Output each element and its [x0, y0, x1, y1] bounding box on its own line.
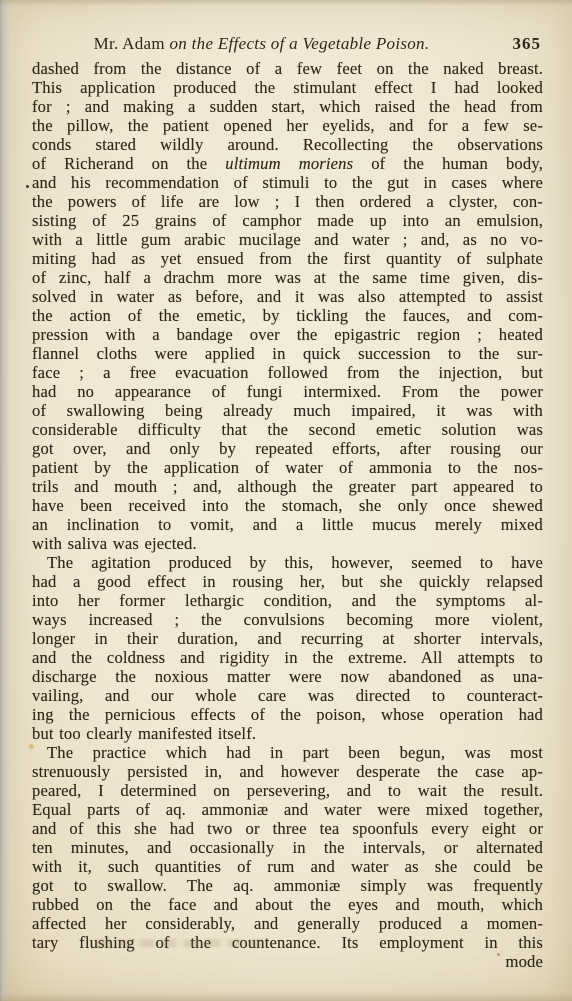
text-segment: have been received into the stomach, she… [32, 496, 543, 515]
italic-phrase: ultimum moriens [225, 154, 353, 173]
text-segment: an inclination to vomit, and a little mu… [32, 515, 543, 534]
text-line: with it, such quantities of rum and wate… [32, 857, 543, 876]
text-line: but too clearly manifested itself. [32, 724, 543, 743]
ink-showthrough [96, 939, 266, 947]
running-title-work: on the Effects of a Vegetable Poison. [170, 34, 430, 53]
text-segment: with saliva was ejected. [32, 534, 197, 553]
text-segment: flannel cloths were applied in quick suc… [32, 344, 543, 363]
text-line: strenuously persisted in, and however de… [32, 762, 543, 781]
paragraph: The agitation produced by this, however,… [32, 553, 543, 743]
text-line: This application produced the stimulant … [32, 78, 543, 97]
text-segment: ing the pernicious effects of the poison… [32, 705, 543, 724]
text-segment: dashed from the distance of a few feet o… [32, 59, 543, 78]
text-segment: of zinc, half a drachm more was at the s… [32, 268, 543, 287]
text-segment: into her former lethargic condition, and… [32, 591, 543, 610]
text-line: affected her considerably, and generally… [32, 914, 543, 933]
text-line: discharge the noxious matter were now ab… [32, 667, 543, 686]
text-segment: discharge the noxious matter were now ab… [32, 667, 543, 686]
text-line: conds stared wildly around. Recollecting… [32, 135, 543, 154]
text-segment: got to swallow. The aq. ammoniæ simply w… [32, 876, 543, 895]
catchword: mode [32, 952, 543, 971]
paragraph: dashed from the distance of a few feet o… [32, 59, 543, 553]
text-line: and the coldness and rigidity in the ext… [32, 648, 543, 667]
text-line: an inclination to vomit, and a little mu… [32, 515, 543, 534]
text-segment: longer in their duration, and recurring … [32, 629, 543, 648]
text-line: and his recommendation of stimuli to the… [32, 173, 543, 192]
text-segment: peared, I determined on persevering, and… [32, 781, 543, 800]
text-line: with a little gum arabic mucilage and wa… [32, 230, 543, 249]
text-segment: had no appearance of fungi intermixed. F… [32, 382, 543, 401]
text-segment: ways increased ; the convulsions becomin… [32, 610, 543, 629]
text-segment: The agitation produced by this, however,… [47, 553, 543, 572]
text-line: with saliva was ejected. [32, 534, 543, 553]
paper-stain [29, 744, 34, 749]
text-line: into her former lethargic condition, and… [32, 591, 543, 610]
text-segment: the pillow, the patient opened her eyeli… [32, 116, 543, 135]
text-line: Equal parts of aq. ammoniæ and water wer… [32, 800, 543, 819]
text-line: vailing, and our whole care was directed… [32, 686, 543, 705]
text-line: flannel cloths were applied in quick suc… [32, 344, 543, 363]
text-line: longer in their duration, and recurring … [32, 629, 543, 648]
text-segment: of Richerand on the [32, 154, 225, 173]
text-line: dashed from the distance of a few feet o… [32, 59, 543, 78]
text-segment: patient by the application of water of a… [32, 458, 543, 477]
text-segment: of swallowing being already much impaire… [32, 401, 543, 420]
text-line: pression with a bandage over the epigast… [32, 325, 543, 344]
text-line: got over, and only by repeated efforts, … [32, 439, 543, 458]
ink-speck [26, 185, 29, 188]
text-segment: face ; a free evacuation followed from t… [32, 363, 543, 382]
text-line: solved in water as before, and it was al… [32, 287, 543, 306]
text-line: rubbed on the face and about the eyes an… [32, 895, 543, 914]
text-line: ways increased ; the convulsions becomin… [32, 610, 543, 629]
book-page: Mr. Adam on the Effects of a Vegetable P… [0, 0, 572, 1001]
text-line: trils and mouth ; and, although the grea… [32, 477, 543, 496]
page-top-shadow [0, 0, 572, 6]
text-segment: trils and mouth ; and, although the grea… [32, 477, 543, 496]
text-segment: vailing, and our whole care was directed… [32, 686, 543, 705]
text-segment: of the human body, [353, 154, 543, 173]
text-line: of swallowing being already much impaire… [32, 401, 543, 420]
text-segment: sisting of 25 grains of camphor made up … [32, 211, 543, 230]
text-segment: miting had as yet ensued from the first … [32, 249, 543, 268]
text-segment: strenuously persisted in, and however de… [32, 762, 543, 781]
text-segment: had a good effect in rousing her, but sh… [32, 572, 543, 591]
text-segment: the action of the emetic, by tickling th… [32, 306, 543, 325]
page-header: Mr. Adam on the Effects of a Vegetable P… [32, 33, 543, 57]
text-line: the action of the emetic, by tickling th… [32, 306, 543, 325]
text-line: sisting of 25 grains of camphor made up … [32, 211, 543, 230]
text-line: ten minutes, and occasionally in the int… [32, 838, 543, 857]
text-segment: with a little gum arabic mucilage and wa… [32, 230, 543, 249]
text-line: the pillow, the patient opened her eyeli… [32, 116, 543, 135]
ink-speck [497, 953, 500, 956]
text-segment: got over, and only by repeated efforts, … [32, 439, 543, 458]
text-segment: The practice which had in part been begu… [47, 743, 543, 762]
text-segment: conds stared wildly around. Recollecting… [32, 135, 543, 154]
text-segment: and the coldness and rigidity in the ext… [32, 648, 543, 667]
text-line: peared, I determined on persevering, and… [32, 781, 543, 800]
text-line: The agitation produced by this, however,… [32, 553, 543, 572]
text-segment: pression with a bandage over the epigast… [32, 325, 543, 344]
text-line: got to swallow. The aq. ammoniæ simply w… [32, 876, 543, 895]
text-line: and of this she had two or three tea spo… [32, 819, 543, 838]
text-line: had a good effect in rousing her, but sh… [32, 572, 543, 591]
text-segment: ten minutes, and occasionally in the int… [32, 838, 543, 857]
text-line: had no appearance of fungi intermixed. F… [32, 382, 543, 401]
page-number: 365 [513, 33, 542, 55]
text-segment: affected her considerably, and generally… [32, 914, 543, 933]
text-line: the powers of life are low ; I then orde… [32, 192, 543, 211]
text-line: have been received into the stomach, she… [32, 496, 543, 515]
text-segment: solved in water as before, and it was al… [32, 287, 543, 306]
text-segment: rubbed on the face and about the eyes an… [32, 895, 543, 914]
paragraph: The practice which had in part been begu… [32, 743, 543, 952]
text-line: ing the pernicious effects of the poison… [32, 705, 543, 724]
text-block: dashed from the distance of a few feet o… [32, 59, 543, 971]
text-segment: the powers of life are low ; I then orde… [32, 192, 543, 211]
page-bottom-shadow [0, 993, 572, 1001]
text-line: miting had as yet ensued from the first … [32, 249, 543, 268]
text-line: for ; and making a sudden start, which r… [32, 97, 543, 116]
running-title-author: Mr. Adam [94, 34, 165, 53]
text-line: of zinc, half a drachm more was at the s… [32, 268, 543, 287]
text-segment: considerable difficulty that the second … [32, 420, 543, 439]
text-line: considerable difficulty that the second … [32, 420, 543, 439]
text-segment: Equal parts of aq. ammoniæ and water wer… [32, 800, 543, 819]
text-segment: and of this she had two or three tea spo… [32, 819, 543, 838]
text-line: face ; a free evacuation followed from t… [32, 363, 543, 382]
text-segment: for ; and making a sudden start, which r… [32, 97, 543, 116]
text-line: The practice which had in part been begu… [32, 743, 543, 762]
text-segment: but too clearly manifested itself. [32, 724, 256, 743]
page-edge-shadow [0, 0, 10, 1001]
text-segment: and his recommendation of stimuli to the… [32, 173, 543, 192]
text-segment: This application produced the stimulant … [32, 78, 543, 97]
text-segment: with it, such quantities of rum and wate… [32, 857, 543, 876]
text-line: patient by the application of water of a… [32, 458, 543, 477]
text-line: of Richerand on the ultimum moriens of t… [32, 154, 543, 173]
running-title: Mr. Adam on the Effects of a Vegetable P… [32, 33, 491, 55]
